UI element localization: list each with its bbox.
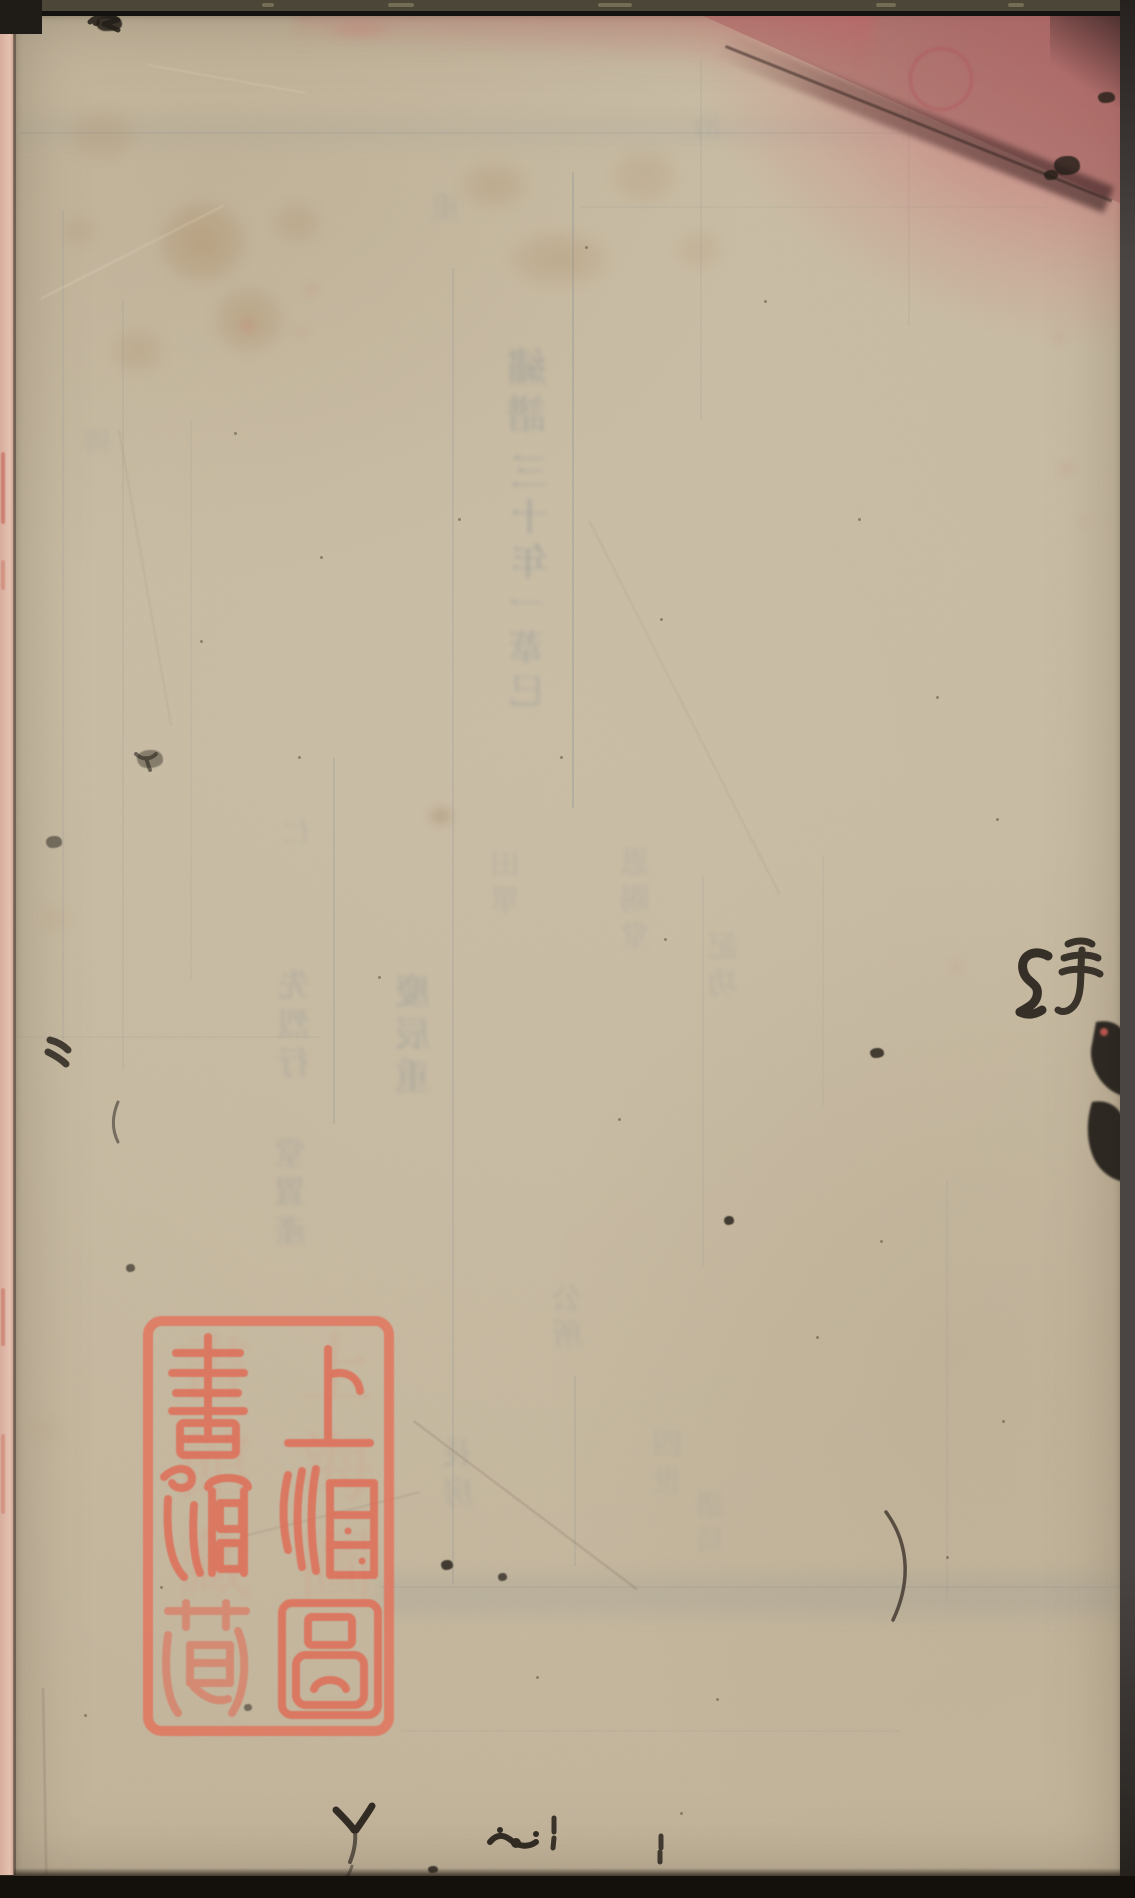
red-edge-dash xyxy=(1,1288,5,1346)
seal-text-left-column: 書館藏 xyxy=(170,1329,246,1623)
scanner-edge-speck xyxy=(876,3,896,7)
pink-ring-stain xyxy=(909,47,973,111)
corner-shadow xyxy=(1050,15,1122,107)
scanner-edge-speck xyxy=(1008,3,1024,7)
scanner-top-edge xyxy=(0,0,1135,11)
page-edge-shadow-line xyxy=(13,15,16,1875)
book-top-edge-line xyxy=(0,11,1135,16)
scanner-edge-speck xyxy=(262,3,274,7)
page-bottom-shadow xyxy=(0,1868,1135,1876)
book-scan-page: 繡譜三十年一葦巳重治慶辰重先烈行仁田單恩賜堂記功堂置產公所長房四世譜局傳口 xyxy=(0,0,1135,1898)
top-left-corner-shadow xyxy=(0,0,42,34)
underlying-page-edge xyxy=(0,30,14,1875)
red-edge-dash xyxy=(1,452,5,524)
book-bottom-edge xyxy=(0,1876,1135,1898)
red-edge-dash xyxy=(1,1434,5,1514)
scanner-edge-speck xyxy=(388,3,414,7)
scanner-edge-speck xyxy=(598,3,632,7)
pink-cover-corner xyxy=(14,15,1122,555)
library-seal: 上海圖 書館藏 xyxy=(142,1315,395,1737)
red-edge-dash xyxy=(1,560,5,590)
book-right-edge xyxy=(1120,0,1135,1898)
seal-text-right-column: 上海圖 xyxy=(292,1329,368,1623)
pink-edge-blotch xyxy=(1007,259,1122,469)
